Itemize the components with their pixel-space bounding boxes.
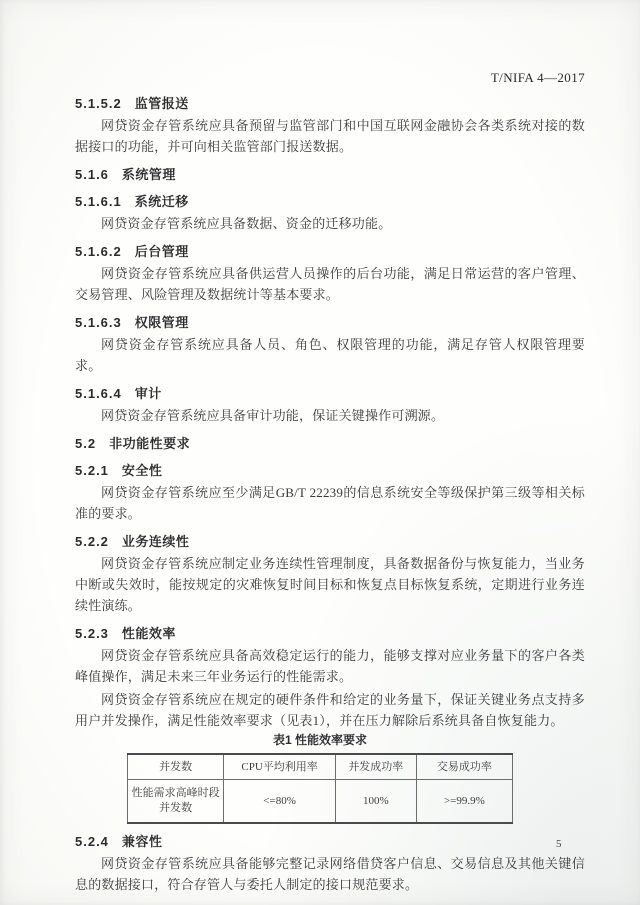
section-number: 5.2: [75, 436, 96, 451]
table-cell: 100%: [335, 780, 416, 824]
section-title: 监管报送: [135, 96, 189, 111]
paragraph: 网贷资金存管系统应在规定的硬件条件和给定的业务量下，保证关键业务点支持多用户并发…: [75, 689, 585, 731]
section-heading-524: 5.2.4兼容性: [75, 833, 585, 851]
section-title: 审计: [135, 386, 162, 401]
table-header-row: 并发数 CPU平均利用率 并发成功率 交易成功率: [128, 754, 513, 780]
paragraph: 网贷资金存管系统应至少满足GB/T 22239的信息系统安全等级保护第三级等相关…: [75, 482, 585, 524]
paragraph: 网贷资金存管系统应具备人员、角色、权限管理的功能，满足存管人权限管理要求。: [75, 334, 585, 376]
paragraph: 网贷资金存管系统应具备审计功能，保证关键操作可溯源。: [75, 405, 585, 426]
section-number: 5.1.6.2: [75, 244, 122, 259]
performance-table-block: 表1 性能效率要求 并发数 CPU平均利用率 并发成功率 交易成功率 性能需求高…: [127, 733, 513, 824]
page-content: T/NIFA 4—2017 5.1.5.2监管报送 网贷资金存管系统应具备预留与…: [0, 0, 640, 895]
section-title: 业务连续性: [122, 534, 190, 549]
document-page: T/NIFA 4—2017 5.1.5.2监管报送 网贷资金存管系统应具备预留与…: [0, 0, 640, 905]
section-heading-516: 5.1.6系统管理: [75, 166, 585, 184]
section-title: 性能效率: [122, 626, 176, 641]
section-heading-5162: 5.1.6.2后台管理: [75, 243, 585, 261]
section-number: 5.1.6.3: [75, 315, 122, 330]
section-heading-5163: 5.1.6.3权限管理: [75, 314, 585, 332]
page-number: 5: [556, 838, 562, 850]
table-header-cell: CPU平均利用率: [224, 754, 336, 780]
section-title: 非功能性要求: [109, 436, 190, 451]
paragraph: 网贷资金存管系统应具备供运营人员操作的后台功能，满足日常运营的客户管理、交易管理…: [75, 263, 585, 305]
section-number: 5.2.1: [75, 463, 109, 478]
paragraph: 网贷资金存管系统应具备能够完整记录网络借贷客户信息、交易信息及其他关键信息的数据…: [75, 853, 585, 895]
section-title: 兼容性: [122, 834, 163, 849]
standard-code: T/NIFA 4—2017: [491, 70, 585, 85]
section-heading-5164: 5.1.6.4审计: [75, 385, 585, 403]
paragraph: 网贷资金存管系统应具备预留与监管部门和中国互联网金融协会各类系统对接的数据接口的…: [75, 115, 585, 157]
section-heading-5161: 5.1.6.1系统迁移: [75, 193, 585, 211]
section-number: 5.2.3: [75, 626, 109, 641]
section-heading-523: 5.2.3性能效率: [75, 625, 585, 643]
table-cell: <=80%: [224, 780, 336, 824]
table-header-cell: 并发成功率: [335, 754, 416, 780]
table-cell: 性能需求高峰时段并发数: [128, 780, 224, 824]
table-row: 性能需求高峰时段并发数 <=80% 100% >=99.9%: [128, 780, 513, 824]
performance-table: 并发数 CPU平均利用率 并发成功率 交易成功率 性能需求高峰时段并发数 <=8…: [127, 753, 513, 824]
doc-header: T/NIFA 4—2017: [75, 70, 585, 86]
table-caption: 表1 性能效率要求: [127, 733, 513, 747]
section-heading-52: 5.2非功能性要求: [75, 435, 585, 453]
section-title: 后台管理: [135, 244, 189, 259]
section-number: 5.1.6.4: [75, 386, 122, 401]
section-heading-5152: 5.1.5.2监管报送: [75, 95, 585, 113]
section-number: 5.1.5.2: [75, 96, 122, 111]
section-title: 安全性: [122, 463, 163, 478]
table-cell: >=99.9%: [416, 780, 512, 824]
section-heading-521: 5.2.1安全性: [75, 462, 585, 480]
section-number: 5.1.6.1: [75, 194, 122, 209]
table-header-cell: 并发数: [128, 754, 224, 780]
section-number: 5.2.4: [75, 834, 109, 849]
section-number: 5.1.6: [75, 167, 109, 182]
table-header-cell: 交易成功率: [416, 754, 512, 780]
section-title: 权限管理: [135, 315, 189, 330]
section-heading-522: 5.2.2业务连续性: [75, 533, 585, 551]
section-title: 系统迁移: [135, 194, 189, 209]
paragraph: 网贷资金存管系统应制定业务连续性管理制度，具备数据备份与恢复能力，当业务中断或失…: [75, 553, 585, 616]
paragraph: 网贷资金存管系统应具备高效稳定运行的能力，能够支撑对应业务量下的客户各类峰值操作…: [75, 645, 585, 687]
section-number: 5.2.2: [75, 534, 109, 549]
paragraph: 网贷资金存管系统应具备数据、资金的迁移功能。: [75, 213, 585, 234]
section-title: 系统管理: [122, 167, 176, 182]
